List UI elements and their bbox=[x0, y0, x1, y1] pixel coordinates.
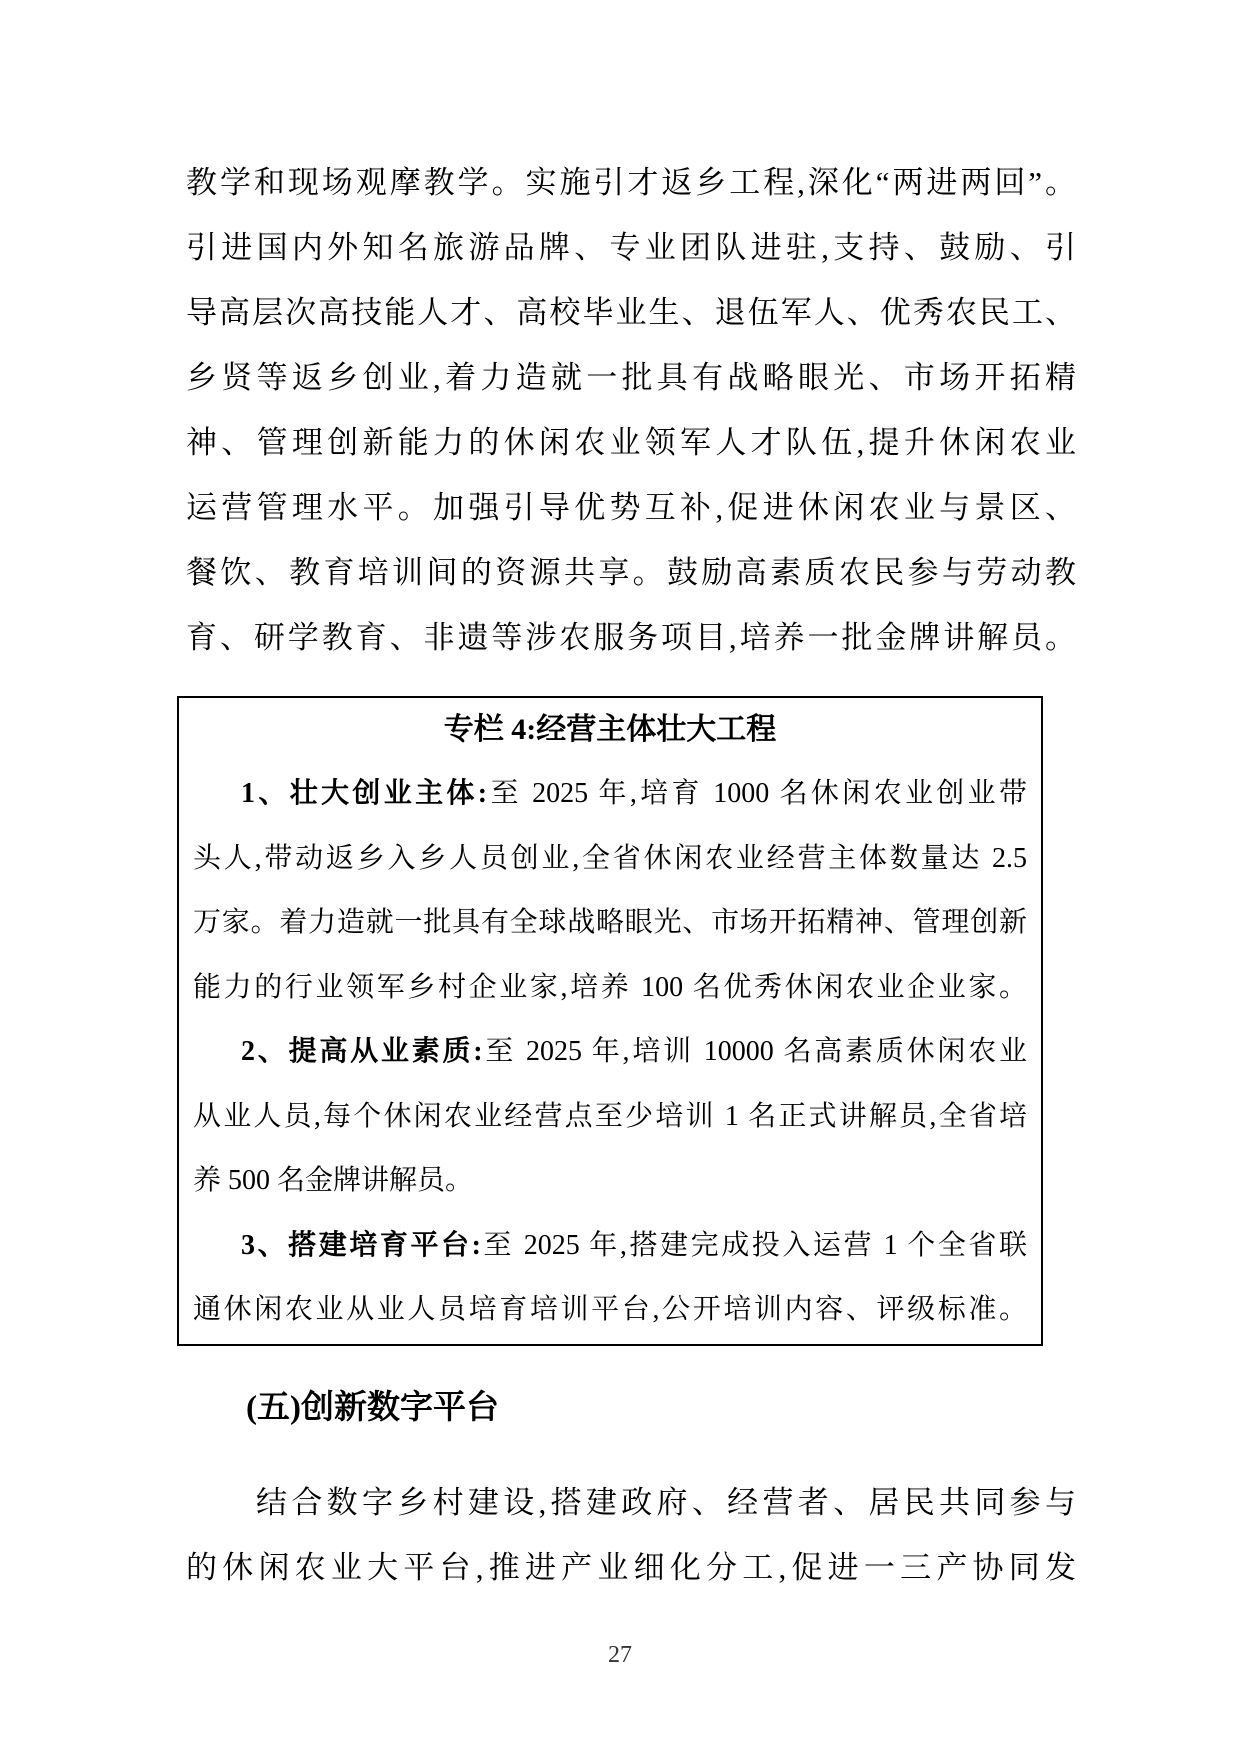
body-line: 运营管理水平。加强引导优势互补,促进休闲农业与景区、 bbox=[186, 475, 1076, 540]
callout-item-label: 2、提高从业素质: bbox=[241, 1036, 483, 1067]
callout-item-text: 至 2025 年,培训 10000 名高素质休闲农业 bbox=[483, 1036, 1027, 1067]
body-line: 餐饮、教育培训间的资源共享。鼓励高素质农民参与劳动教 bbox=[186, 540, 1076, 605]
callout-item-line: 1、壮大创业主体:至 2025 年,培育 1000 名休闲农业创业带 bbox=[193, 762, 1027, 827]
body-line: 引进国内外知名旅游品牌、专业团队进驻,支持、鼓励、引 bbox=[186, 215, 1076, 280]
body-line: 育、研学教育、非遗等涉农服务项目,培养一批金牌讲解员。 bbox=[186, 605, 1076, 670]
body-line: 的休闲农业大平台,推进产业细化分工,促进一三产协同发 bbox=[186, 1535, 1076, 1600]
document-page: 教学和现场观摩教学。实施引才返乡工程,深化“两进两回”。 引进国内外知名旅游品牌… bbox=[0, 0, 1240, 1754]
callout-item-line: 从业人员,每个休闲农业经营点至少培训 1 名正式讲解员,全省培 bbox=[193, 1085, 1027, 1150]
body-line: 结合数字乡村建设,搭建政府、经营者、居民共同参与 bbox=[186, 1470, 1076, 1535]
callout-item-text: 至 2025 年,搭建完成投入运营 1 个全省联 bbox=[481, 1230, 1027, 1261]
callout-item-line: 通休闲农业从业人员培育培训平台,公开培训内容、评级标准。 bbox=[193, 1278, 1027, 1343]
callout-item-label: 1、壮大创业主体: bbox=[241, 778, 487, 809]
body-paragraph-top: 教学和现场观摩教学。实施引才返乡工程,深化“两进两回”。 引进国内外知名旅游品牌… bbox=[186, 150, 1076, 670]
callout-item-line: 3、搭建培育平台:至 2025 年,搭建完成投入运营 1 个全省联 bbox=[193, 1214, 1027, 1279]
callout-item-label: 3、搭建培育平台: bbox=[241, 1230, 481, 1261]
callout-item-line: 2、提高从业素质:至 2025 年,培训 10000 名高素质休闲农业 bbox=[193, 1020, 1027, 1085]
body-line: 乡贤等返乡创业,着力造就一批具有战略眼光、市场开拓精 bbox=[186, 345, 1076, 410]
callout-item-text: 至 2025 年,培育 1000 名休闲农业创业带 bbox=[487, 778, 1027, 809]
body-paragraph-bottom: 结合数字乡村建设,搭建政府、经营者、居民共同参与 的休闲农业大平台,推进产业细化… bbox=[186, 1470, 1076, 1600]
callout-item-line: 万家。着力造就一批具有全球战略眼光、市场开拓精神、管理创新 bbox=[193, 891, 1027, 956]
callout-box: 专栏 4:经营主体壮大工程 1、壮大创业主体:至 2025 年,培育 1000 … bbox=[177, 696, 1043, 1346]
page-number: 27 bbox=[0, 1642, 1240, 1669]
callout-item-line: 养 500 名金牌讲解员。 bbox=[193, 1149, 1027, 1214]
section-heading: (五)创新数字平台 bbox=[186, 1376, 1076, 1441]
body-line: 导高层次高技能人才、高校毕业生、退伍军人、优秀农民工、 bbox=[186, 280, 1076, 345]
callout-item-line: 能力的行业领军乡村企业家,培养 100 名优秀休闲农业企业家。 bbox=[193, 956, 1027, 1021]
callout-box-title: 专栏 4:经营主体壮大工程 bbox=[193, 698, 1027, 762]
body-line: 教学和现场观摩教学。实施引才返乡工程,深化“两进两回”。 bbox=[186, 150, 1076, 215]
body-line: 神、管理创新能力的休闲农业领军人才队伍,提升休闲农业 bbox=[186, 410, 1076, 475]
callout-item-line: 头人,带动返乡入乡人员创业,全省休闲农业经营主体数量达 2.5 bbox=[193, 827, 1027, 892]
